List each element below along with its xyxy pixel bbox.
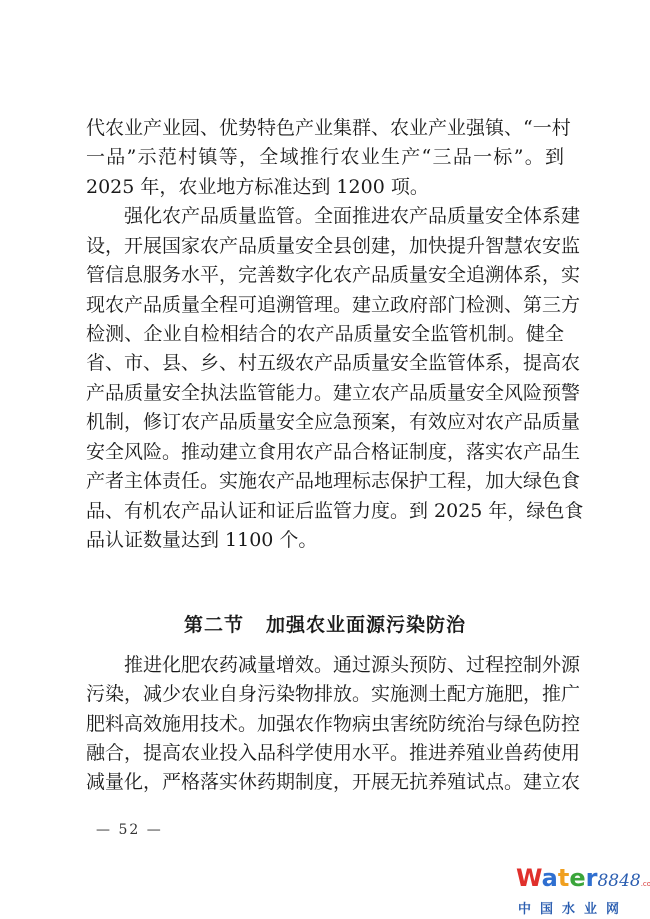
page-number: — 52 — <box>96 822 163 838</box>
text-line: 机制，修订农产品质量安全应急预案，有效应对农产品质量 <box>86 411 564 433</box>
section-heading: 第二节加强农业面源污染防治 <box>0 610 650 637</box>
text-line: 产品质量安全执法监管能力。建立农产品质量安全风险预警 <box>86 382 564 404</box>
text-line: 省、市、县、乡、村五级农产品质量安全监管体系，提高农 <box>86 352 564 374</box>
text-line: 设，开展国家农产品质量安全县创建，加快提升智慧农安监 <box>86 235 564 257</box>
text-line: 品认证数量达到 1100 个。 <box>86 529 564 551</box>
text-line: 污染，减少农业自身污染物排放。实施测土配方施肥，推广 <box>86 683 564 705</box>
text-line: 管信息服务水平，完善数字化农产品质量安全追溯体系，实 <box>86 264 564 286</box>
section-title: 加强农业面源污染防治 <box>266 614 466 636</box>
watermark-brand: Water8848.com <box>516 866 646 896</box>
text-line: 2025 年，农业地方标准达到 1200 项。 <box>86 176 564 198</box>
brand-letter: t <box>558 864 569 892</box>
brand-letter: r <box>586 864 598 892</box>
text-line: 品、有机农产品认证和证后监管力度。到 2025 年，绿色食 <box>86 500 564 522</box>
brand-letter: a <box>542 864 558 892</box>
brand-letter: e <box>569 864 585 892</box>
text-line: 产者主体责任。实施农产品地理标志保护工程，加大绿色食 <box>86 470 564 492</box>
text-line: 安全风险。推动建立食用农产品合格证制度，落实农产品生 <box>86 441 564 463</box>
text-line: 强化农产品质量监管。全面推进农产品质量安全体系建 <box>124 205 564 227</box>
text-line: 一品”示范村镇等，全域推行农业生产“三品一标”。到 <box>86 146 564 168</box>
brand-number: 8848 <box>597 871 640 891</box>
text-line: 现农产品质量全程可追溯管理。建立政府部门检测、第三方 <box>86 294 564 316</box>
watermark-logo: Water8848.com 中国水业网 <box>516 866 646 916</box>
text-line: 检测、企业自检相结合的农产品质量安全监管机制。健全 <box>86 323 564 345</box>
text-line: 推进化肥农药减量增效。通过源头预防、过程控制外源 <box>124 654 564 676</box>
watermark-brand-cn: 中国水业网 <box>516 898 646 917</box>
text-line: 代农业产业园、优势特色产业集群、农业产业强镇、“一村 <box>86 117 564 139</box>
brand-suffix: .com <box>641 880 650 888</box>
text-line: 肥料高效施用技术。加强农作物病虫害统防统治与绿色防控 <box>86 713 564 735</box>
text-line: 减量化，严格落实休药期制度，开展无抗养殖试点。建立农 <box>86 771 564 793</box>
text-line: 融合，提高农业投入品科学使用水平。推进养殖业兽药使用 <box>86 742 564 764</box>
brand-letter: W <box>516 864 542 892</box>
document-page: 代农业产业园、优势特色产业集群、农业产业强镇、“一村 一品”示范村镇等，全域推行… <box>0 0 650 919</box>
section-number: 第二节 <box>184 614 244 636</box>
